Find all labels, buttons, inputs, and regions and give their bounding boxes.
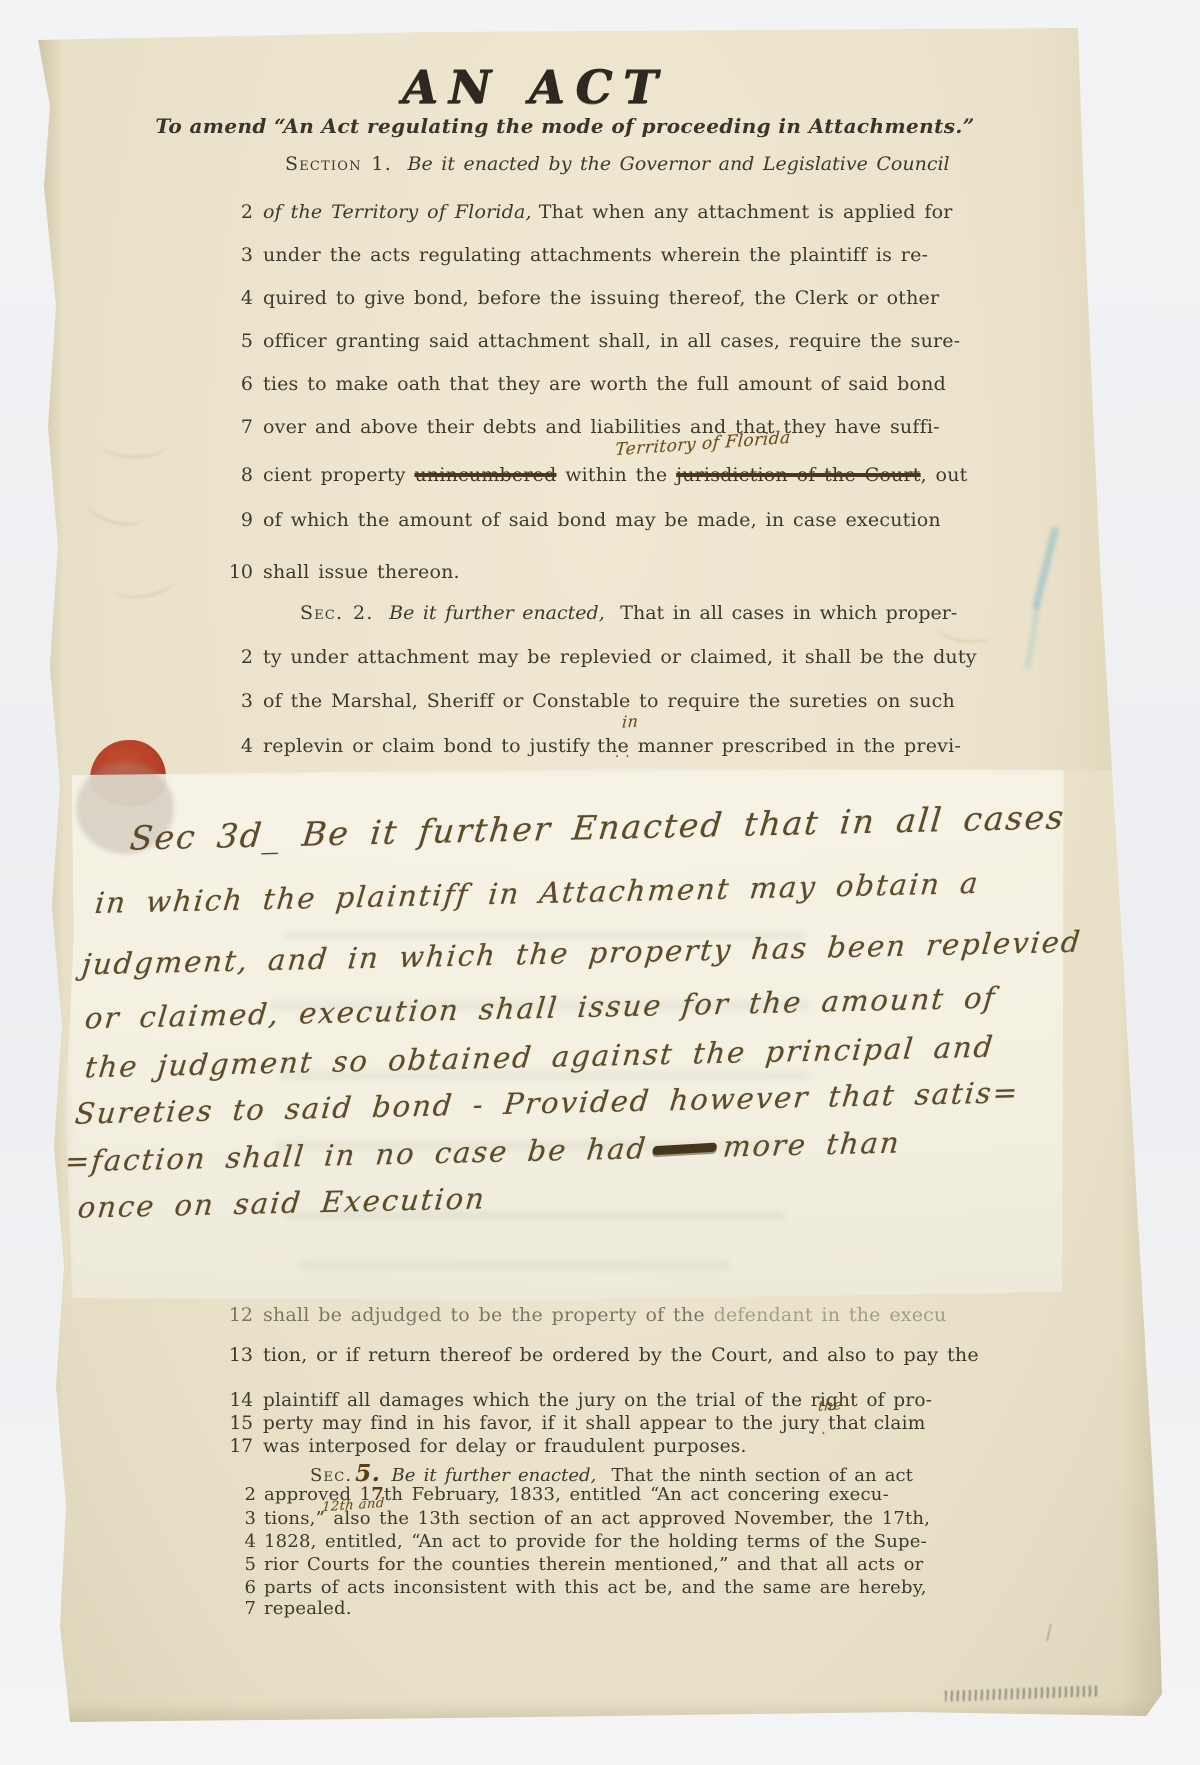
handwritten-text: more than [722,1125,903,1163]
printed-line: 6ties to make oath that they are worth t… [219,373,979,395]
ink-blot-strikethrough [653,1143,718,1156]
line-text: 1828, entitled, “An act to provide for t… [264,1531,927,1552]
line-text: parts of acts inconsistent with this act… [264,1577,927,1598]
printed-line: 10shall issue thereon. [219,561,979,583]
printed-line-with-strikethrough: 8cient property unincumbered within the … [219,464,979,486]
page-right-edge-shading [1120,26,1170,1726]
line-number: 3 [219,690,253,712]
line-text: claim [874,1413,926,1434]
line-text: shall be adjudged to be the property of … [263,1304,714,1326]
printed-line: 6parts of acts inconsistent with this ac… [228,1577,988,1598]
section2-heading-line: Sec. 2. Be it further enacted, That in a… [300,602,1000,624]
section2-enacting-clause: Be it further enacted, [389,602,605,624]
document-page: AN ACT To amend “An Act regulating the m… [30,26,1170,1726]
line-number: 7 [219,416,253,438]
scanned-document-background: { "document": { "title": "AN ACT", "subt… [0,0,1200,1765]
handwritten-insertion: in [621,711,639,731]
page-bottom-edge-shading [30,1700,1170,1726]
line-text: tions,” also the 13th section of an act … [264,1508,930,1529]
line-text: , out [921,464,968,486]
printed-line: 15perty may find in his favor, if it sha… [219,1413,979,1434]
section1-heading-line: Section 1. Be it enacted by the Governor… [285,153,985,175]
printed-line: 17was interposed for delay or fraudulent… [219,1436,979,1457]
line-text: th February, 1833, entitled “An act conc… [384,1484,889,1505]
bleedthrough-mark [100,426,170,458]
line-number: 6 [219,373,253,395]
line-text: under the acts regulating attachments wh… [263,244,928,266]
pencil-mark [1046,1624,1051,1641]
line-text: rior Courts for the counties therein men… [264,1554,923,1575]
printed-line: 3of the Marshal, Sheriff or Constable to… [219,690,979,712]
printed-line: 7repealed. [228,1598,988,1619]
section2-label: Sec. 2. [300,602,374,624]
line-text: of which the amount of said bond may be … [263,509,941,531]
printed-line: 4quired to give bond, before the issuing… [219,287,979,309]
line-number: 4 [219,735,253,757]
printed-line: 14plaintiff all damages which the jury o… [219,1390,979,1411]
line-number: 17 [219,1436,253,1457]
line-number: 5 [219,330,253,352]
printed-line: 9of which the amount of said bond may be… [219,509,979,531]
line-number: 10 [219,561,253,583]
line-number: 2 [219,646,253,668]
line-number: 7 [228,1598,256,1619]
section5-heading-rest: That the ninth section of an act [611,1465,912,1486]
printed-line: 3under the acts regulating attachments w… [219,244,979,266]
line-text-italic: of the Territory of Florida, [263,201,532,223]
line-text: cient property [263,464,414,486]
bleedthrough-mark [85,489,148,530]
section5-enacting-clause: Be it further enacted, [392,1465,597,1486]
printed-line-partially-covered: 12shall be adjudged to be the property o… [219,1304,979,1326]
line-text: tion, or if return thereof be ordered by… [263,1344,979,1366]
handwritten-section-number: 5. [355,1460,380,1487]
line-text-faded: defendant in the execu [714,1304,947,1326]
line-text: over and above their debts and liabiliti… [263,416,940,438]
line-number: 4 [219,287,253,309]
showthrough-text-smudge [300,1261,730,1270]
line-number: 15 [219,1413,253,1434]
printed-line: 13tion, or if return thereof be ordered … [219,1344,979,1366]
line-number: 9 [219,509,253,531]
struck-phrase: jurisdiction of the Court [676,464,920,486]
line-text: perty may find in his favor, if it shall… [263,1413,867,1434]
line-text: replevin or claim bond to justify [263,735,590,757]
line-text: repealed. [264,1598,352,1619]
line-text: the manner prescribed in the previ- [597,735,961,757]
section5-label: Sec. [310,1465,352,1486]
printed-line: 2ty under attachment may be replevied or… [219,646,979,668]
bleedthrough-mark [110,566,178,603]
line-number: 12 [219,1304,253,1326]
line-text: ties to make oath that they are worth th… [263,373,946,395]
line-text: officer granting said attachment shall, … [263,330,960,352]
act-subtitle: To amend “An Act regulating the mode of … [120,114,1010,138]
line-number: 3 [219,244,253,266]
printed-line: 3tions,” also the 13th section of an act… [228,1508,988,1529]
line-text: shall issue thereon. [263,561,460,583]
printed-line: 2of the Territory of Florida,That when a… [219,201,979,223]
page-left-edge-shading [30,26,64,1726]
section1-enacting-clause: Be it enacted by the Governor and Legisl… [408,153,950,175]
line-number: 3 [228,1508,256,1529]
line-text: quired to give bond, before the issuing … [263,287,939,309]
section2-heading-rest: That in all cases in which proper- [620,602,957,624]
line-number: 13 [219,1344,253,1366]
line-text: within the [556,464,676,486]
line-text: ty under attachment may be replevied or … [263,646,977,668]
section5-heading-line: Sec.5. Be it further enacted, That the n… [310,1460,1010,1487]
line-text: was interposed for delay or fraudulent p… [263,1436,747,1457]
line-number: 6 [228,1577,256,1598]
act-title: AN ACT [90,60,980,114]
line-number: 8 [219,464,253,486]
printed-line: 4replevin or claim bond to justifythe ma… [219,735,979,757]
printed-line: 5rior Courts for the counties therein me… [228,1554,988,1575]
line-text: That when any attachment is applied for [539,201,953,223]
line-number: 4 [228,1531,256,1552]
line-text: of the Marshal, Sheriff or Constable to … [263,690,955,712]
printed-line: 41828, entitled, “An act to provide for … [228,1531,988,1552]
struck-word: unincumbered [414,464,556,486]
printed-line: 5officer granting said attachment shall,… [219,330,979,352]
page-fold-shading [1030,26,1140,771]
line-number: 2 [219,201,253,223]
section1-label: Section 1. [285,153,392,175]
line-number: 2 [228,1484,256,1505]
printed-line: 7over and above their debts and liabilit… [219,416,979,438]
line-number: 14 [219,1390,253,1411]
line-number: 5 [228,1554,256,1575]
